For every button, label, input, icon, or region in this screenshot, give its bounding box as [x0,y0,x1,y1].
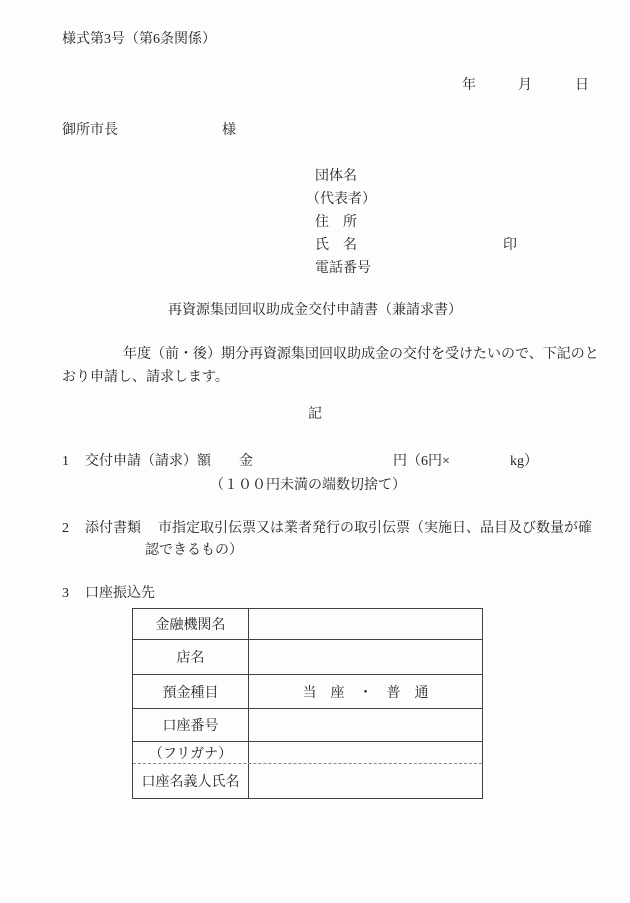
date-day-label: 日 [575,78,589,94]
furigana-label: （フリガナ） [133,742,249,763]
applicant-group-label: 団体名 [315,169,357,185]
item-2-line-1: 市指定取引伝票又は業者発行の取引伝票（実施日、品目及び数量が確 [158,521,592,537]
branch-name-value [249,640,482,674]
item-1-amount-prefix: 金 [239,454,253,470]
financial-institution-label: 金融機関名 [133,609,249,639]
document-title: 再資源集団回収助成金交付申請書（兼請求書） [0,303,630,319]
body-line-2: おり申請し、請求します。 [62,370,229,386]
table-row: 店名 [133,639,482,674]
account-number-label: 口座番号 [133,709,249,741]
body-line-1: 年度（前・後）期分再資源集団回収助成金の交付を受けたいので、下記のと [123,347,599,363]
account-holder-label: 口座名義人氏名 [133,764,249,798]
table-row: （フリガナ） [133,741,482,763]
item-1-unit-segment: 円（6円× [393,454,450,470]
item-1-rounding-note: （１００円未満の端数切捨て） [210,478,406,494]
table-row: 口座名義人氏名 [133,763,482,798]
addressee-honorific: 様 [222,123,236,139]
account-number-value [249,709,482,741]
applicant-address-label: 住 所 [315,215,357,231]
table-row: 預金種目 当 座 ・ 普 通 [133,674,482,708]
addressee-name: 御所市長 [62,123,118,139]
item-2-label: 添付書類 [85,521,141,537]
financial-institution-value [249,609,482,639]
document-page: 様式第3号（第6条関係） 年 月 日 御所市長 様 団体名 （代表者） 住 所 … [0,0,630,903]
deposit-type-label: 預金種目 [133,675,249,708]
applicant-name-label: 氏 名 [315,238,357,254]
account-holder-value [249,764,482,798]
item-1-label: 交付申請（請求）額 [85,454,211,470]
branch-name-label: 店名 [133,640,249,674]
item-1-kg-segment: kg） [510,454,538,470]
item-2-line-2: 認できるもの） [145,543,243,559]
applicant-phone-label: 電話番号 [315,261,371,277]
form-number: 様式第3号（第6条関係） [62,32,216,48]
item-2-number: 2 [62,521,69,537]
date-year-label: 年 [462,78,476,94]
item-3-number: 3 [62,586,69,602]
ki-heading: 記 [0,407,630,423]
table-row: 金融機関名 [133,609,482,639]
applicant-representative-label: （代表者） [306,192,376,208]
item-1-number: 1 [62,454,69,470]
seal-placeholder: 印 [503,238,517,254]
bank-account-table: 金融機関名 店名 預金種目 当 座 ・ 普 通 口座番号 （フリガナ） 口座名義… [132,608,483,799]
table-row: 口座番号 [133,708,482,741]
item-3-label: 口座振込先 [85,586,155,602]
deposit-type-value: 当 座 ・ 普 通 [249,675,482,708]
furigana-value [249,742,482,763]
date-month-label: 月 [518,78,532,94]
